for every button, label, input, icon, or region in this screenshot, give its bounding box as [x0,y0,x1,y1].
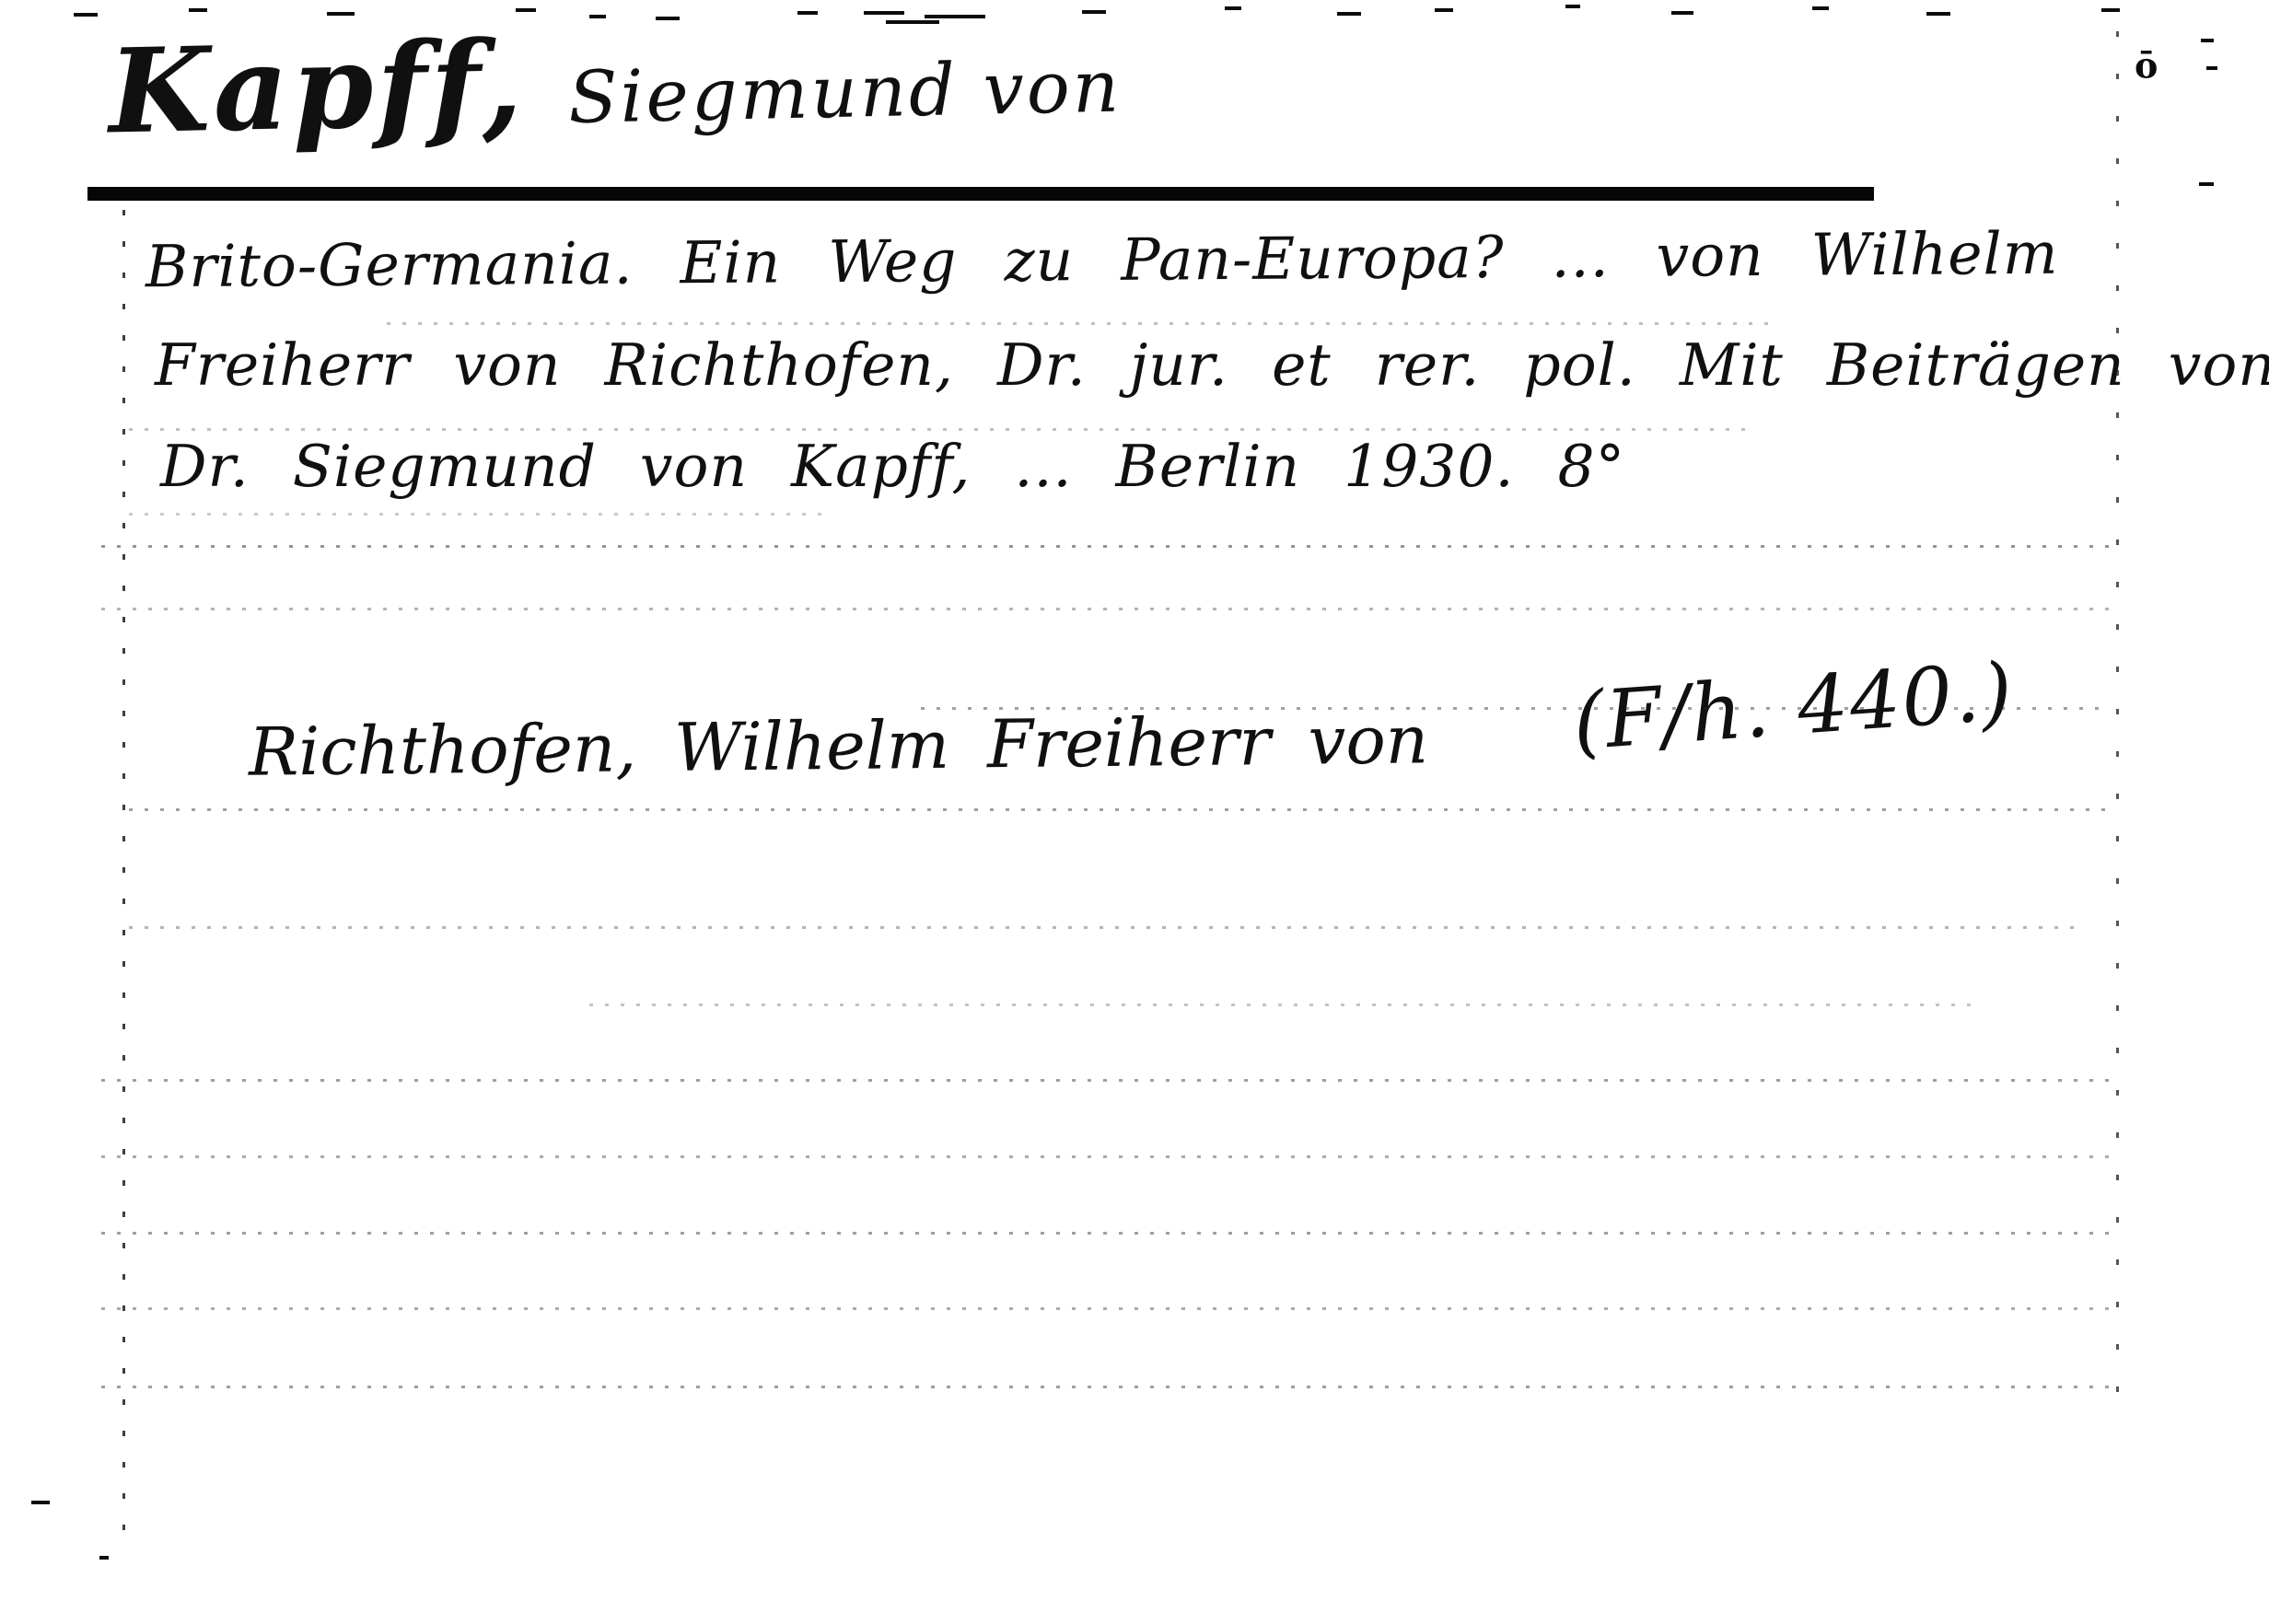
scan-noise [1926,12,1950,16]
ruled-line [387,322,1768,325]
heading-forename: Siegmund von [567,45,1123,140]
scan-noise [1337,12,1361,16]
corner-mark: ō [2135,44,2158,86]
scan-noise [74,13,98,17]
scan-noise [2199,182,2214,186]
scan-noise [925,15,985,18]
right-dotted-border [2116,31,2119,1412]
ruled-line [921,707,2109,710]
ruled-line [101,1079,2118,1082]
ruled-line [101,608,2118,610]
scan-noise [1225,6,1241,10]
scan-noise [327,12,355,16]
scan-noise [99,1556,109,1560]
scan-noise [2201,39,2214,42]
ruled-line [589,1003,1971,1006]
scan-noise [2101,8,2120,12]
scan-noise [1812,6,1829,10]
scan-noise [1565,5,1580,8]
scan-noise [589,15,606,18]
scan-noise [656,17,680,20]
ruled-line [129,513,829,516]
heading-rule [87,187,1874,201]
entry-line-1: Brito-Germania. Ein Weg zu Pan-Europa? .… [145,220,2059,301]
ruled-line [101,1155,2118,1158]
scan-noise [797,11,818,15]
scan-noise [864,11,904,15]
ruled-line [101,1386,2118,1388]
catalog-card: ō Kapff, Siegmund von Brito-Germania. Ei… [0,0,2269,1624]
left-dotted-border [122,210,125,1536]
entry-line-2: Freiherr von Richthofen, Dr. jur. et rer… [155,331,2269,399]
scan-noise [189,8,207,12]
scan-noise [31,1501,50,1504]
scan-noise [1082,10,1106,14]
ruled-line [129,808,2109,811]
entry-line-3: Dr. Siegmund von Kapff, ... Berlin 1930.… [160,433,1625,500]
ruled-line [129,926,2081,929]
ruled-line [101,545,2118,548]
scan-noise [886,20,939,24]
ruled-line [101,1307,2118,1310]
scan-noise [1435,8,1453,12]
ruled-line [129,428,1750,431]
cross-reference-name: Richthofen, Wilhelm Freiherr von [249,701,1429,790]
scan-noise [516,8,536,12]
ruled-line [101,1232,2118,1235]
heading-surname: Kapff, [108,15,528,159]
scan-noise [2206,66,2217,70]
heading: Kapff, Siegmund von [108,3,1123,160]
scan-noise [1671,11,1693,15]
